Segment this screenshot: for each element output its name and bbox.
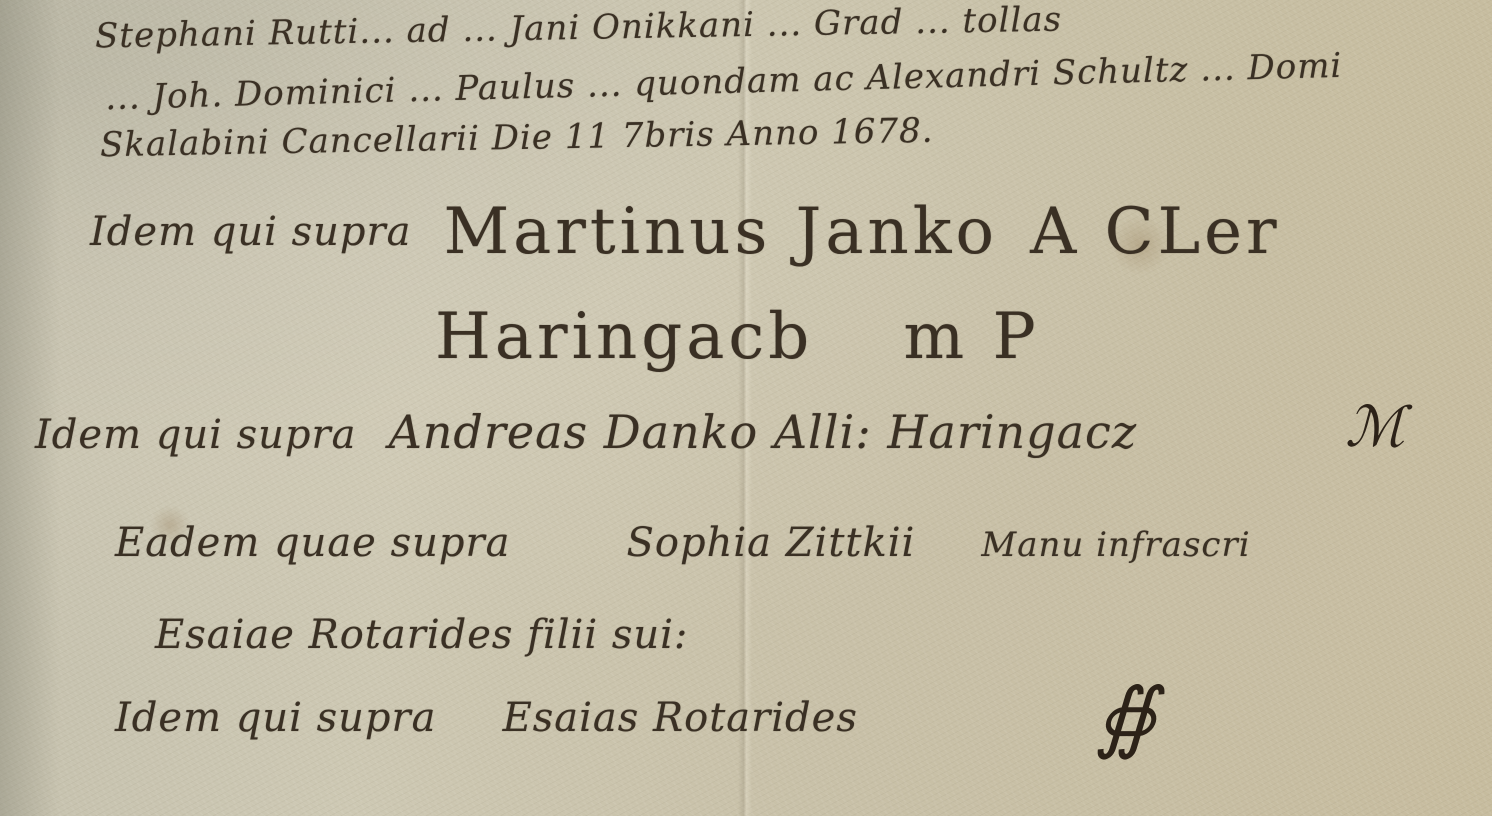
attestation-line-9: Idem qui supra Esaias Rotarides [115, 695, 858, 741]
signature-andreas-danko: Andreas Danko Alli: Haringacz [389, 405, 1138, 459]
attestation-line-6: Idem qui supra Andreas Danko Alli: Harin… [35, 405, 1137, 459]
signature-martinus-janko: Martinus Janko [444, 195, 998, 269]
signature-haringacb: Haringacb [435, 300, 813, 374]
attestation-line-8: Esaiae Rotarides filii sui: [155, 612, 688, 658]
manu-infrascripta-label: Manu infrascri [981, 525, 1250, 565]
signature-mark-icon: ℳ [1341, 395, 1418, 460]
signature-sophia-zittkii: Sophia Zittkii [627, 520, 916, 566]
eadem-quae-supra-label: Eadem quae supra [115, 520, 510, 566]
signature-flourish-icon: ∯ [1095, 672, 1157, 762]
signature-mark-mp: m P [904, 300, 1040, 374]
manuscript-line-3-date: Skalabini Cancellarii Die 11 7bris Anno … [100, 111, 934, 166]
idem-qui-supra-label: Idem qui supra [115, 695, 436, 741]
signature-esaias-rotarides: Esaias Rotarides [503, 695, 858, 741]
attestation-line-7: Eadem quae supra Sophia Zittkii Manu inf… [115, 520, 1251, 566]
manuscript-line-1: Stephani Rutti... ad ... Jani Onikkani .… [95, 0, 1063, 56]
signature-suffix: A CLer [1030, 195, 1281, 269]
idem-qui-supra-label: Idem qui supra [35, 412, 356, 458]
idem-qui-supra-label: Idem qui supra [90, 209, 411, 255]
manuscript-page: Stephani Rutti... ad ... Jani Onikkani .… [0, 0, 1492, 816]
manuscript-line-2: ... Joh. Dominici ... Paulus ... quondam… [105, 46, 1343, 118]
attestation-line-4: Idem qui supra Martinus Janko A CLer [90, 195, 1281, 269]
attestation-line-5: Haringacb m P [435, 300, 1040, 374]
